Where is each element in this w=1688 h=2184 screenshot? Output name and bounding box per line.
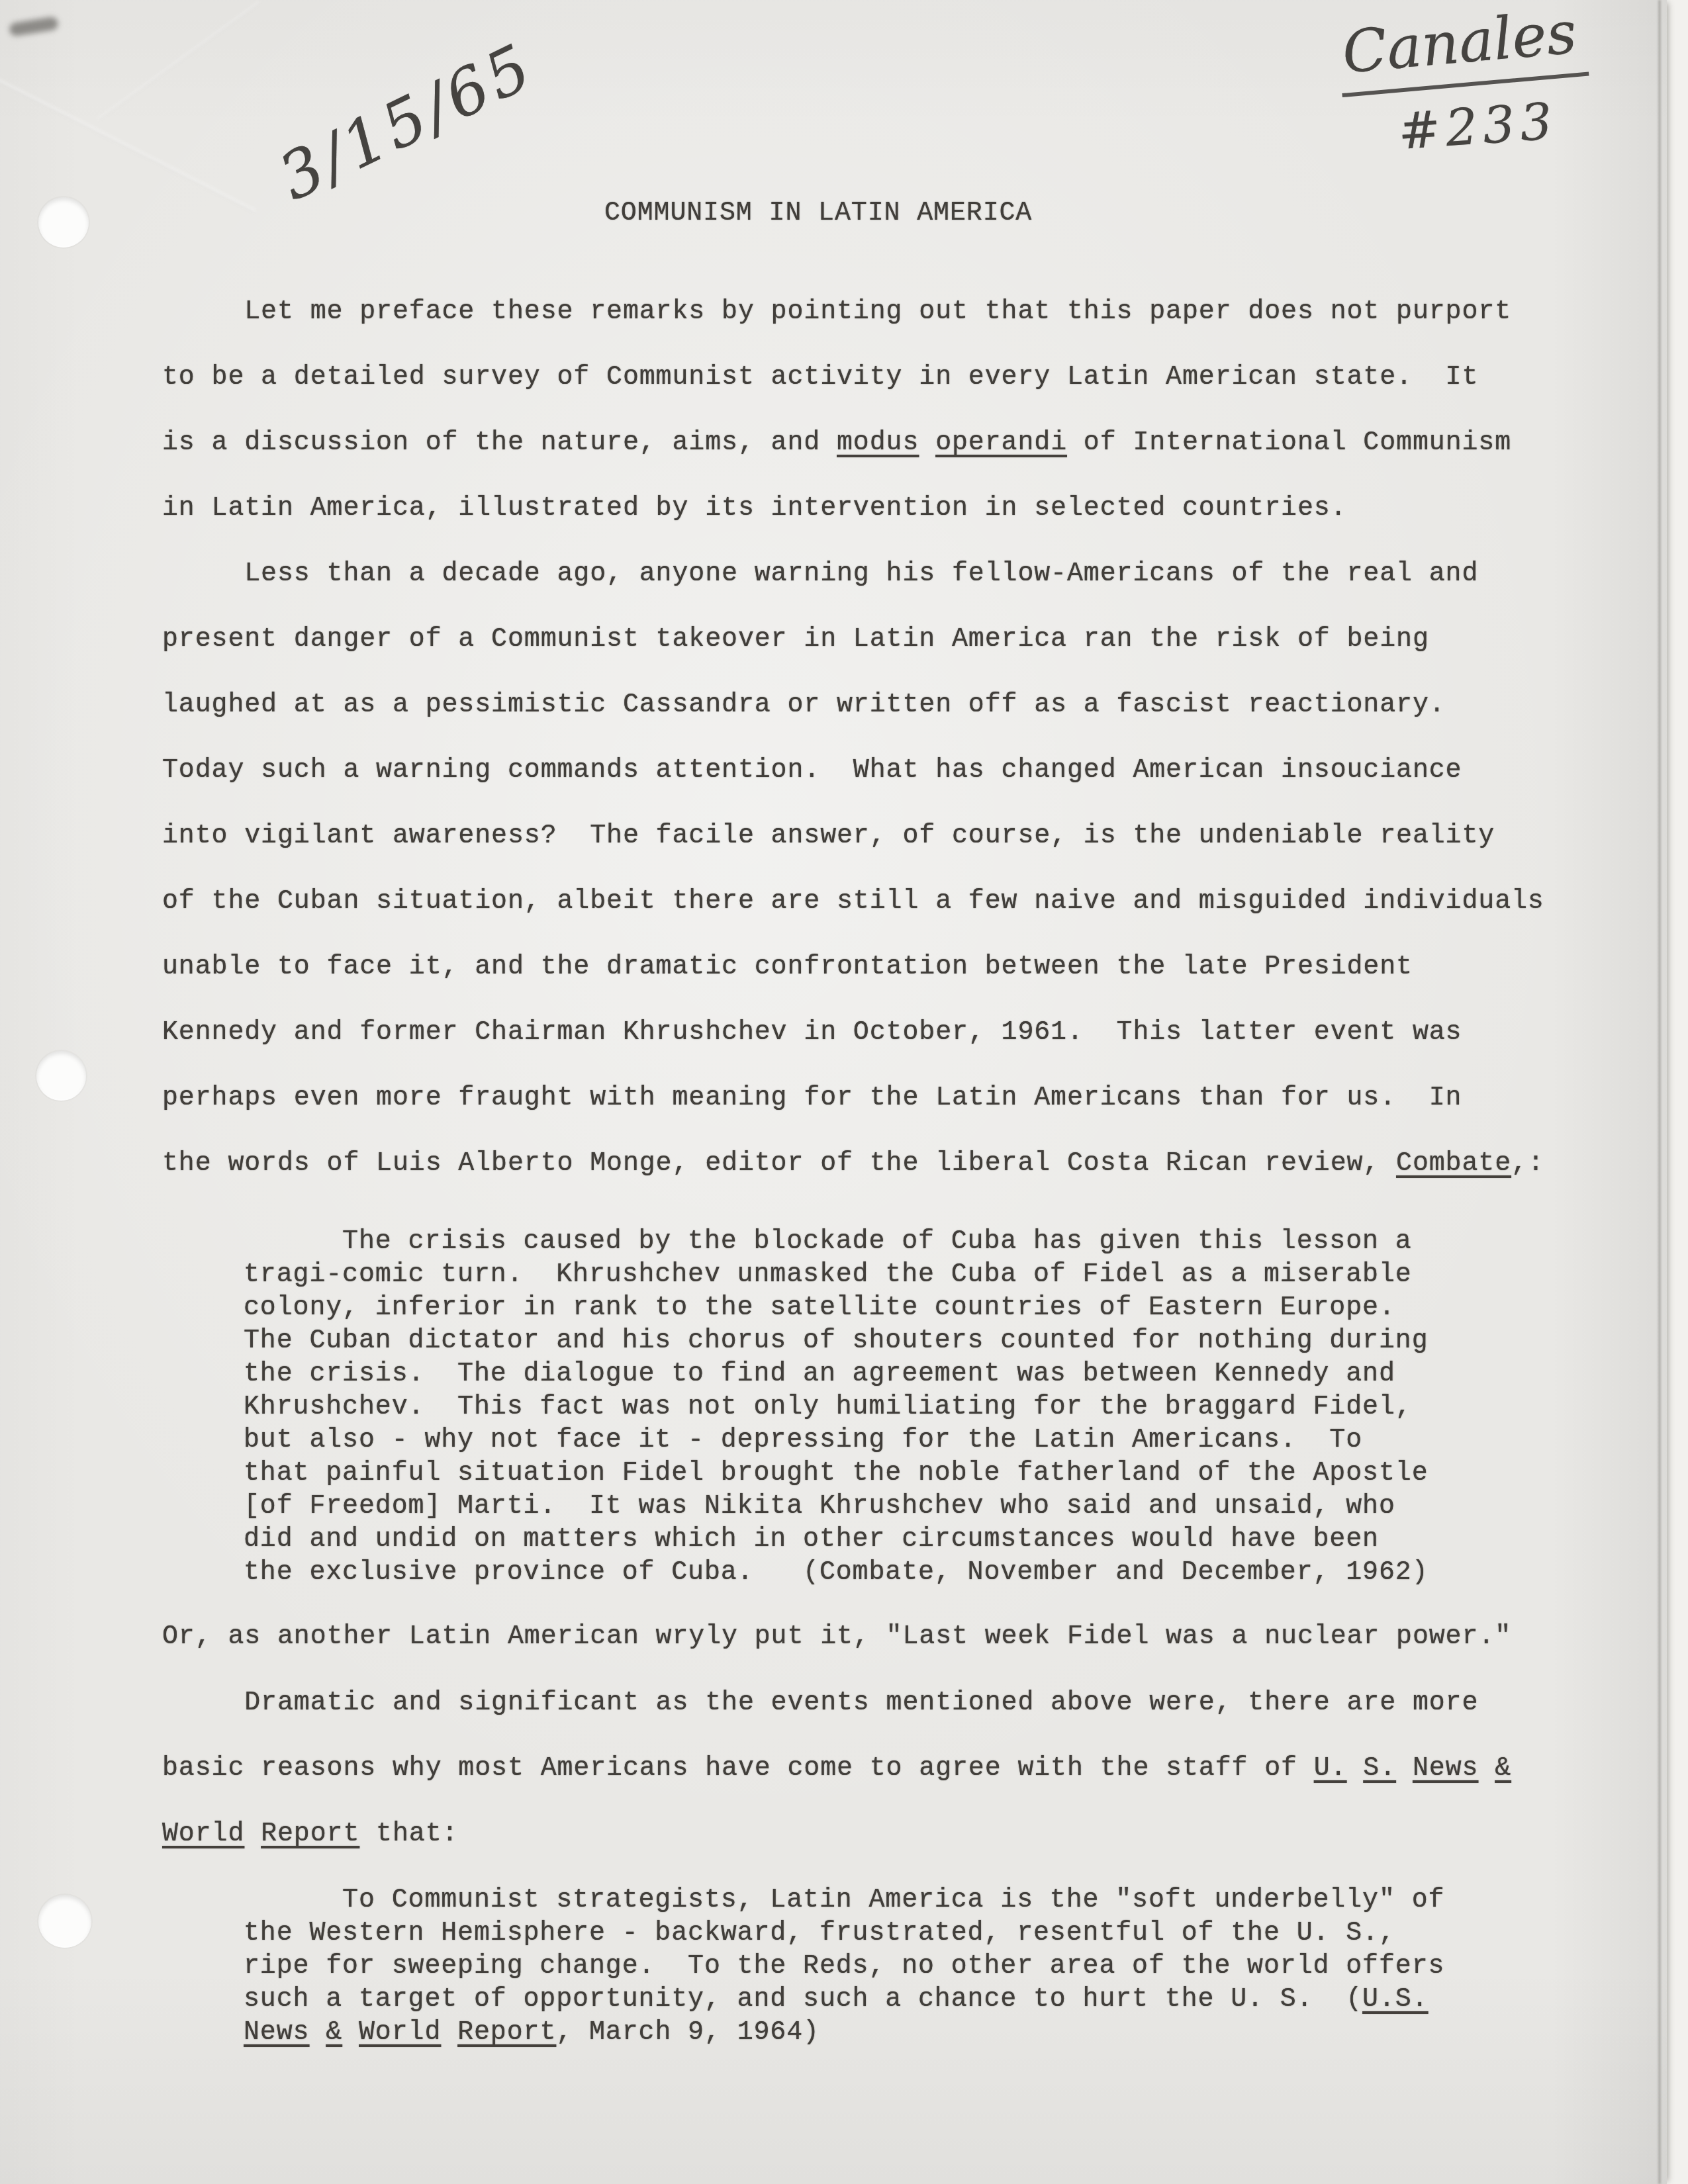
text-segment: present danger of a Communist takeover i… bbox=[162, 625, 1429, 655]
text-segment: but also - why not face it - depressing … bbox=[244, 1426, 1362, 1455]
text-line: the crisis. The dialogue to find an agre… bbox=[244, 1358, 1428, 1391]
underlined-text: Report bbox=[457, 2018, 556, 2048]
text-line: Let me preface these remarks by pointing… bbox=[162, 279, 1511, 345]
text-segment: Today such a warning commands attention.… bbox=[162, 756, 1462, 786]
underlined-text: & bbox=[326, 2018, 342, 2048]
hole-punch-top bbox=[38, 197, 89, 248]
underlined-text: Combate bbox=[1396, 1149, 1511, 1179]
paragraph: Less than a decade ago, anyone warning h… bbox=[162, 541, 1544, 1197]
text-segment: [of Freedom] Marti. It was Nikita Khrush… bbox=[244, 1492, 1395, 1522]
text-line: is a discussion of the nature, aims, and… bbox=[162, 410, 1511, 476]
document-title: COMMUNISM IN LATIN AMERICA bbox=[604, 195, 1032, 232]
text-line: Kennedy and former Chairman Khrushchev i… bbox=[162, 1000, 1544, 1066]
text-line: Today such a warning commands attention.… bbox=[162, 738, 1544, 803]
text-segment: Khrushchev. This fact was not only humil… bbox=[244, 1392, 1412, 1422]
text-segment: unable to face it, and the dramatic conf… bbox=[162, 952, 1413, 982]
paragraph: Let me preface these remarks by pointing… bbox=[162, 279, 1511, 541]
text-segment: The crisis caused by the blockade of Cub… bbox=[244, 1227, 1412, 1257]
text-segment: such a target of opportunity, and such a… bbox=[244, 1985, 1362, 2015]
handwritten-date: 3/15/65 bbox=[267, 28, 545, 214]
text-segment bbox=[919, 428, 935, 458]
text-segment bbox=[342, 2018, 359, 2048]
paragraph: Dramatic and significant as the events m… bbox=[162, 1670, 1511, 1867]
text-line: perhaps even more fraught with meaning f… bbox=[162, 1066, 1544, 1131]
text-segment: of the Cuban situation, albeit there are… bbox=[162, 887, 1544, 917]
handwritten-number: #233 bbox=[1396, 91, 1559, 161]
text-line: ripe for sweeping change. To the Reds, n… bbox=[244, 1950, 1444, 1983]
text-segment: , March 9, 1964) bbox=[556, 2018, 820, 2048]
paper-right-edge bbox=[1658, 0, 1661, 2184]
underlined-text: U. bbox=[1314, 1754, 1347, 1784]
underlined-text: News bbox=[1413, 1754, 1478, 1784]
text-segment bbox=[1396, 1754, 1413, 1784]
text-segment: in Latin America, illustrated by its int… bbox=[162, 494, 1346, 523]
paragraph: Or, as another Latin American wryly put … bbox=[162, 1604, 1511, 1670]
text-line: the words of Luis Alberto Monge, editor … bbox=[162, 1131, 1544, 1197]
blockquote: The crisis caused by the blockade of Cub… bbox=[244, 1226, 1428, 1590]
corner-smudge bbox=[9, 16, 59, 36]
text-line: To Communist strategists, Latin America … bbox=[244, 1884, 1444, 1917]
text-segment: that painful situation Fidel brought the… bbox=[244, 1459, 1428, 1488]
text-segment: tragi-comic turn. Khrushchev unmasked th… bbox=[244, 1260, 1412, 1290]
text-line: colony, inferior in rank to the satellit… bbox=[244, 1292, 1428, 1325]
text-line: World Report that: bbox=[162, 1801, 1511, 1867]
text-segment: laughed at as a pessimistic Cassandra or… bbox=[162, 690, 1446, 720]
text-segment: Let me preface these remarks by pointing… bbox=[162, 297, 1511, 327]
text-line: that painful situation Fidel brought the… bbox=[244, 1457, 1428, 1490]
text-segment bbox=[1347, 1754, 1364, 1784]
text-line: basic reasons why most Americans have co… bbox=[162, 1736, 1511, 1801]
underlined-text: World bbox=[162, 1819, 244, 1849]
text-segment: The Cuban dictator and his chorus of sho… bbox=[244, 1326, 1428, 1356]
text-line: The crisis caused by the blockade of Cub… bbox=[244, 1226, 1428, 1259]
text-line: Dramatic and significant as the events m… bbox=[162, 1670, 1511, 1736]
text-line: the exclusive province of Cuba. (Combate… bbox=[244, 1557, 1428, 1590]
text-line: Khrushchev. This fact was not only humil… bbox=[244, 1391, 1428, 1424]
paper-sheet: 3/15/65 Canales #233 COMMUNISM IN LATIN … bbox=[0, 0, 1667, 2184]
text-line: tragi-comic turn. Khrushchev unmasked th… bbox=[244, 1259, 1428, 1292]
underlined-text: Report bbox=[261, 1819, 359, 1849]
text-line: laughed at as a pessimistic Cassandra or… bbox=[162, 672, 1544, 738]
text-segment: the exclusive province of Cuba. (Combate… bbox=[244, 1558, 1428, 1588]
scanned-page: 3/15/65 Canales #233 COMMUNISM IN LATIN … bbox=[0, 0, 1688, 2184]
text-segment bbox=[1478, 1754, 1495, 1784]
paper-crease bbox=[97, 1, 259, 120]
text-line: unable to face it, and the dramatic conf… bbox=[162, 934, 1544, 1000]
text-segment: basic reasons why most Americans have co… bbox=[162, 1754, 1314, 1784]
hole-punch-bottom bbox=[38, 1895, 91, 1948]
text-line: the Western Hemisphere - backward, frust… bbox=[244, 1917, 1444, 1950]
text-line: Or, as another Latin American wryly put … bbox=[162, 1604, 1511, 1670]
text-segment: the Western Hemisphere - backward, frust… bbox=[244, 1919, 1395, 1948]
text-segment: of International Communism bbox=[1067, 428, 1511, 458]
underlined-text: News bbox=[244, 2018, 309, 2048]
text-segment: that: bbox=[359, 1819, 458, 1849]
text-line: to be a detailed survey of Communist act… bbox=[162, 345, 1511, 410]
text-line: did and undid on matters which in other … bbox=[244, 1524, 1428, 1557]
text-line: The Cuban dictator and his chorus of sho… bbox=[244, 1325, 1428, 1358]
underlined-text: U.S. bbox=[1362, 1985, 1428, 2015]
text-line: present danger of a Communist takeover i… bbox=[162, 607, 1544, 672]
text-segment bbox=[441, 2018, 457, 2048]
text-segment: did and undid on matters which in other … bbox=[244, 1525, 1379, 1555]
text-segment bbox=[309, 2018, 326, 2048]
text-segment: perhaps even more fraught with meaning f… bbox=[162, 1083, 1462, 1113]
underlined-text: World bbox=[359, 2018, 441, 2048]
text-segment: into vigilant awareness? The facile answ… bbox=[162, 821, 1495, 851]
hole-punch-middle bbox=[36, 1051, 86, 1101]
text-segment: the words of Luis Alberto Monge, editor … bbox=[162, 1149, 1396, 1179]
text-segment: ,: bbox=[1511, 1149, 1544, 1179]
blockquote: To Communist strategists, Latin America … bbox=[244, 1884, 1444, 2050]
text-segment: is a discussion of the nature, aims, and bbox=[162, 428, 837, 458]
text-segment: Or, as another Latin American wryly put … bbox=[162, 1622, 1511, 1652]
text-line: [of Freedom] Marti. It was Nikita Khrush… bbox=[244, 1490, 1428, 1524]
text-line: News & World Report, March 9, 1964) bbox=[244, 2017, 1444, 2050]
text-segment: the crisis. The dialogue to find an agre… bbox=[244, 1359, 1395, 1389]
text-segment: colony, inferior in rank to the satellit… bbox=[244, 1293, 1395, 1323]
text-line: in Latin America, illustrated by its int… bbox=[162, 476, 1511, 541]
text-segment: to be a detailed survey of Communist act… bbox=[162, 363, 1478, 392]
text-segment bbox=[244, 1819, 261, 1849]
text-line: such a target of opportunity, and such a… bbox=[244, 1983, 1444, 2017]
text-segment: Dramatic and significant as the events m… bbox=[162, 1688, 1478, 1718]
underlined-text: & bbox=[1495, 1754, 1511, 1784]
text-line: but also - why not face it - depressing … bbox=[244, 1424, 1428, 1457]
underlined-text: modus bbox=[837, 428, 919, 458]
text-segment: Kennedy and former Chairman Khrushchev i… bbox=[162, 1018, 1462, 1048]
text-segment: Less than a decade ago, anyone warning h… bbox=[162, 559, 1478, 589]
underlined-text: S. bbox=[1363, 1754, 1396, 1784]
underlined-text: operandi bbox=[935, 428, 1067, 458]
text-line: of the Cuban situation, albeit there are… bbox=[162, 869, 1544, 934]
text-segment: To Communist strategists, Latin America … bbox=[244, 1886, 1444, 1915]
paper-crease bbox=[0, 69, 256, 213]
text-line: Less than a decade ago, anyone warning h… bbox=[162, 541, 1544, 607]
handwritten-name: Canales bbox=[1336, 0, 1589, 97]
text-segment: ripe for sweeping change. To the Reds, n… bbox=[244, 1952, 1444, 1981]
text-line: into vigilant awareness? The facile answ… bbox=[162, 803, 1544, 869]
